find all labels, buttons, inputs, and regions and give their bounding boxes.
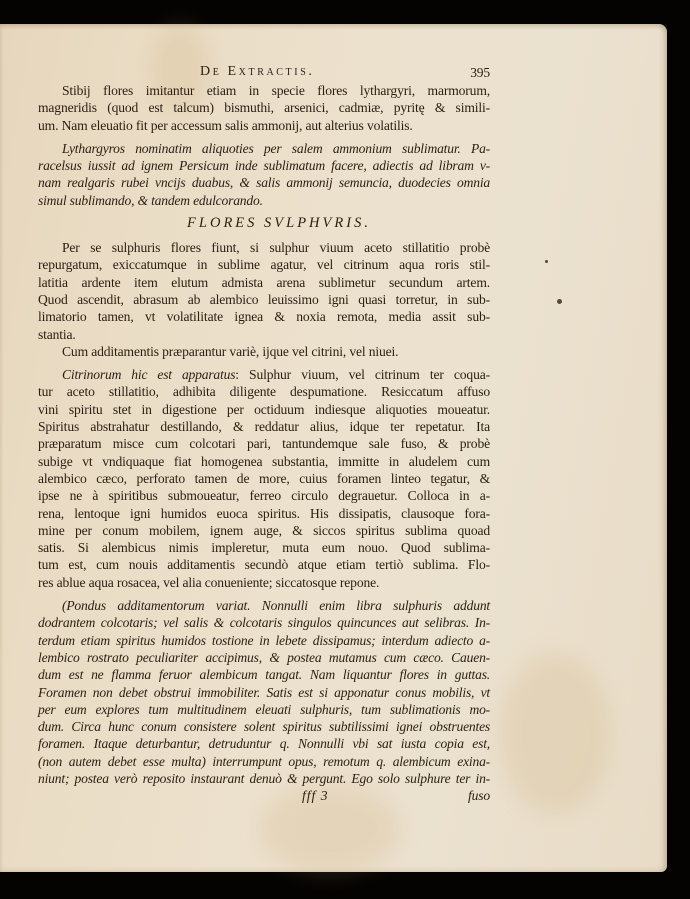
text-line: alembico cæco, perforato tamen de more, … xyxy=(38,470,490,487)
text-line: Quod ascendit, abrasum ab alembico leuis… xyxy=(38,291,490,308)
text-line: lembico rostrato peculiariter accipimus,… xyxy=(38,649,490,666)
paragraph-per-se: Per se sulphuris flores fiunt, si sulphu… xyxy=(38,239,490,343)
paragraph-cum-additamentis: Cum additamentis præparantur variè, ijqu… xyxy=(38,343,490,360)
text-line: vini spiritu stet in digestione per octi… xyxy=(38,401,490,418)
text-line: per eum explores tum multitudinem eleuat… xyxy=(38,701,490,718)
text-line: latitia ardente item elutum admista aren… xyxy=(38,274,490,291)
text-line: tum est, cum nouis additamentis secundò … xyxy=(38,556,490,573)
text-line: dum est ne flamma feruor alembicum tanga… xyxy=(38,666,490,683)
text-line: (Pondus additamentorum variat. Nonnulli … xyxy=(38,597,490,614)
ink-spot xyxy=(557,299,562,304)
text-line: magneridis (quod est talcum) bismuthi, a… xyxy=(38,99,490,116)
text-line: Lythargyros nominatim aliquoties per sal… xyxy=(38,140,490,157)
text-line: dodrantem colcotaris; vel salis & colcot… xyxy=(38,614,490,631)
text-line: stantia. xyxy=(38,326,490,343)
paragraph-citrinorum: Citrinorum hic est apparatus: Sulphur vi… xyxy=(38,366,490,591)
text-line: subige vt vndiquaque fiat homogenea subs… xyxy=(38,453,490,470)
text-line: Cum additamentis præparantur variè, ijqu… xyxy=(38,343,490,360)
section-heading: FLORES SVLPHVRIS. xyxy=(38,211,490,235)
ink-spot xyxy=(545,260,548,263)
text-line: Spiritus abstrahatur destillando, & redd… xyxy=(38,418,490,435)
signature-mark: fff 3 xyxy=(302,787,329,804)
text-fragment: : Sulphur viuum, vel citrinum ter coqua- xyxy=(235,367,490,382)
catchword: fuso xyxy=(468,787,490,804)
text-line: simul sublimando, & tandem edulcorando. xyxy=(38,192,490,209)
running-header: De Extractis. 395 xyxy=(38,62,490,82)
text-line: repurgatum, exiccatumque in sublime agat… xyxy=(38,256,490,273)
page-number: 395 xyxy=(470,64,490,81)
text-line: um. Nam eleuatio fit per accessum salis … xyxy=(38,117,490,134)
text-line: præparatum misce cum colcotari pari, tan… xyxy=(38,435,490,452)
paragraph-pondus: (Pondus additamentorum variat. Nonnulli … xyxy=(38,597,490,787)
text-line: mine per conum mobilem, ignem auge, & si… xyxy=(38,522,490,539)
text-line: dum. Circa hunc conum consistere solent … xyxy=(38,718,490,735)
page-footer: fff 3 fuso xyxy=(38,787,490,807)
text-line: Citrinorum hic est apparatus: Sulphur vi… xyxy=(38,366,490,383)
book-page: De Extractis. 395 Stibij flores imitantu… xyxy=(0,24,667,872)
text-line: limatorio tamen, vt volatilitate ignea &… xyxy=(38,308,490,325)
page-text: De Extractis. 395 Stibij flores imitantu… xyxy=(38,62,490,807)
text-line: tur aceto stillatitio, adhibita diligent… xyxy=(38,383,490,400)
text-line: Foramen non debet obstrui immobiliter. S… xyxy=(38,684,490,701)
text-line: racelsus iussit ad ignem Persicum inde s… xyxy=(38,157,490,174)
text-line: niunt; postea verò reposito instaurant d… xyxy=(38,770,490,787)
lead-italic: Citrinorum hic est apparatus xyxy=(62,367,235,382)
text-line: terdum etiam spiritus humidos tostione i… xyxy=(38,632,490,649)
text-line: res ablue aqua rosacea, vel alia conueni… xyxy=(38,574,490,591)
paper-stain xyxy=(500,654,610,814)
text-line: Per se sulphuris flores fiunt, si sulphu… xyxy=(38,239,490,256)
running-head-title: De Extractis. xyxy=(200,63,314,80)
text-line: ipse ne à spiritibus submoueatur, ferreo… xyxy=(38,487,490,504)
text-line: (non autem debet esse multa) interrumpun… xyxy=(38,753,490,770)
text-line: satis. Si alembicus nimis impleretur, mu… xyxy=(38,539,490,556)
text-line: Stibij flores imitantur etiam in specie … xyxy=(38,82,490,99)
text-line: foramen. Itaque deturbantur, detruduntur… xyxy=(38,735,490,752)
text-line: rena, lentoque igni humidos euoca spirit… xyxy=(38,505,490,522)
paragraph-lythargyros: Lythargyros nominatim aliquoties per sal… xyxy=(38,140,490,209)
text-line: nam realgaris rubei vncijs duabus, & sal… xyxy=(38,174,490,191)
paragraph-stibij: Stibij flores imitantur etiam in specie … xyxy=(38,82,490,134)
